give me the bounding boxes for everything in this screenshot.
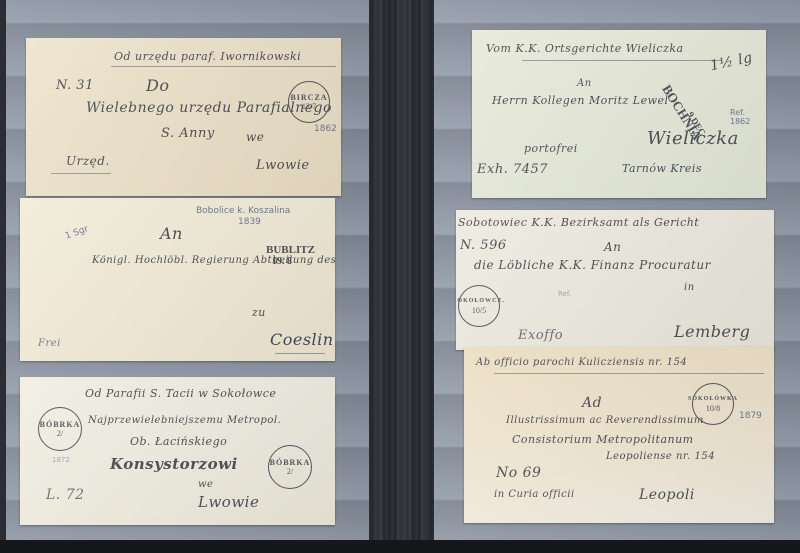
destination-underline <box>275 353 325 354</box>
sender-line: Sobotowiec K.K. Bezirksamt als Gericht <box>458 216 699 229</box>
salutation: Ad <box>582 395 602 411</box>
cover-bobrka: Od Parafii S. Tacii w Sokołowce Najprzew… <box>20 377 335 525</box>
pencil-year: Ref. 1862 <box>730 108 752 126</box>
rate: 1½ lg <box>709 50 754 75</box>
note-left: portofrei <box>524 142 578 155</box>
address-line-3: we <box>246 130 264 144</box>
pencil-year: 1839 <box>238 217 261 227</box>
address-line-3: Konsystorzowi <box>110 455 238 473</box>
address-line-1: Herrn Kollegen Moritz Lewel <box>492 94 669 107</box>
address-line-3: Coeslin <box>270 330 334 349</box>
album-spine <box>369 0 434 553</box>
exhibit-number: Exh. 7457 <box>477 162 548 177</box>
address-line-4: Lwowie <box>256 158 310 173</box>
address-line-4: Leopoli <box>639 487 695 503</box>
salutation: An <box>604 240 621 254</box>
underline <box>494 373 764 374</box>
note: Exoffo <box>518 328 563 343</box>
note: Urzęd. <box>66 154 110 168</box>
pencil-note: Bobolice k. Koszalina <box>196 206 290 216</box>
reference-number: No 69 <box>496 465 541 481</box>
address-line-1: Najprzewielebniejszemu Metropol. <box>88 415 281 426</box>
sender-line: Ab officio parochi Kulicziensis nr. 154 <box>476 357 687 368</box>
note: L. 72 <box>46 487 85 503</box>
salutation: An <box>577 78 592 89</box>
address-line-2: Ob. Łacińskiego <box>130 435 227 448</box>
album-page-right: Vom K.K. Ortsgerichte Wieliczka 1½ lg An… <box>434 0 800 553</box>
underline <box>111 66 336 67</box>
cover-sokolowcz: Sobotowiec K.K. Bezirksamt als Gericht N… <box>456 210 774 350</box>
address-line-2: in <box>684 282 695 293</box>
address-line-1: die Löbliche K.K. Finanz Procuratur <box>474 258 711 272</box>
album-bottom-edge <box>0 540 800 553</box>
reference-number: N. 596 <box>460 238 507 253</box>
address-line-1: Illustrissimum ac Reverendissimum <box>506 415 704 426</box>
pencil-year: 1879 <box>739 411 762 421</box>
sender-line: Od Parafii S. Tacii w Sokołowce <box>85 387 276 400</box>
postmark-bublitz: BUBLITZ <box>266 244 315 256</box>
address-line-1: Königl. Hochlöbl. Regierung Abtheilung d… <box>92 255 335 266</box>
corner-note: 1 Sgr <box>64 224 90 242</box>
address-line-3: Lemberg <box>674 322 750 341</box>
cover-bircza: Od urzędu paraf. Iwornikowski N. 31 Do W… <box>26 38 341 196</box>
note-underline <box>51 173 111 174</box>
pencil-ref: Ref. <box>558 290 571 298</box>
postmark-bobrka-1: BÓBRKA 2/ <box>38 407 82 451</box>
address-line-2: S. Anny <box>161 126 215 141</box>
cover-bochnia: Vom K.K. Ortsgerichte Wieliczka 1½ lg An… <box>472 30 766 198</box>
album-page-left: Od urzędu paraf. Iwornikowski N. 31 Do W… <box>6 0 369 553</box>
postmark-bublitz-date: 19. 8 <box>272 256 292 267</box>
sender-line: Vom K.K. Ortsgerichte Wieliczka <box>486 42 684 55</box>
pencil-year: 1872 <box>52 456 70 464</box>
address-line-5: Lwowie <box>198 493 259 511</box>
note: Frei <box>38 338 61 349</box>
underline <box>522 60 722 61</box>
cover-bublitz: Bobolice k. Koszalina 1839 1 Sgr An Köni… <box>20 198 335 361</box>
salutation: Do <box>146 76 169 95</box>
address-line-3: Leopoliense nr. 154 <box>606 451 715 462</box>
cover-sokolowka: Ab officio parochi Kulicziensis nr. 154 … <box>464 347 774 523</box>
address-line-2: Consistorium Metropolitanum <box>512 433 694 446</box>
address-line-2: zu <box>252 306 266 319</box>
postmark-bobrka-2: BÓBRKA 2/ <box>268 445 312 489</box>
pencil-year: 1862 <box>314 124 337 134</box>
note-right: Tarnów Kreis <box>622 162 702 175</box>
address-line-4: we <box>198 479 213 490</box>
postmark-bircza: BIRCZA 13/7 <box>288 81 330 123</box>
note: in Curia officii <box>494 489 575 500</box>
salutation: An <box>160 224 183 243</box>
postmark-sokolowcz: SOKOŁOWCZ. 10/5 <box>458 285 500 327</box>
reference-number: N. 31 <box>56 78 94 93</box>
sender-line: Od urzędu paraf. Iwornikowski <box>114 50 301 63</box>
postmark-sokolowka: SOKOŁÓWKA 10/8 <box>692 383 734 425</box>
